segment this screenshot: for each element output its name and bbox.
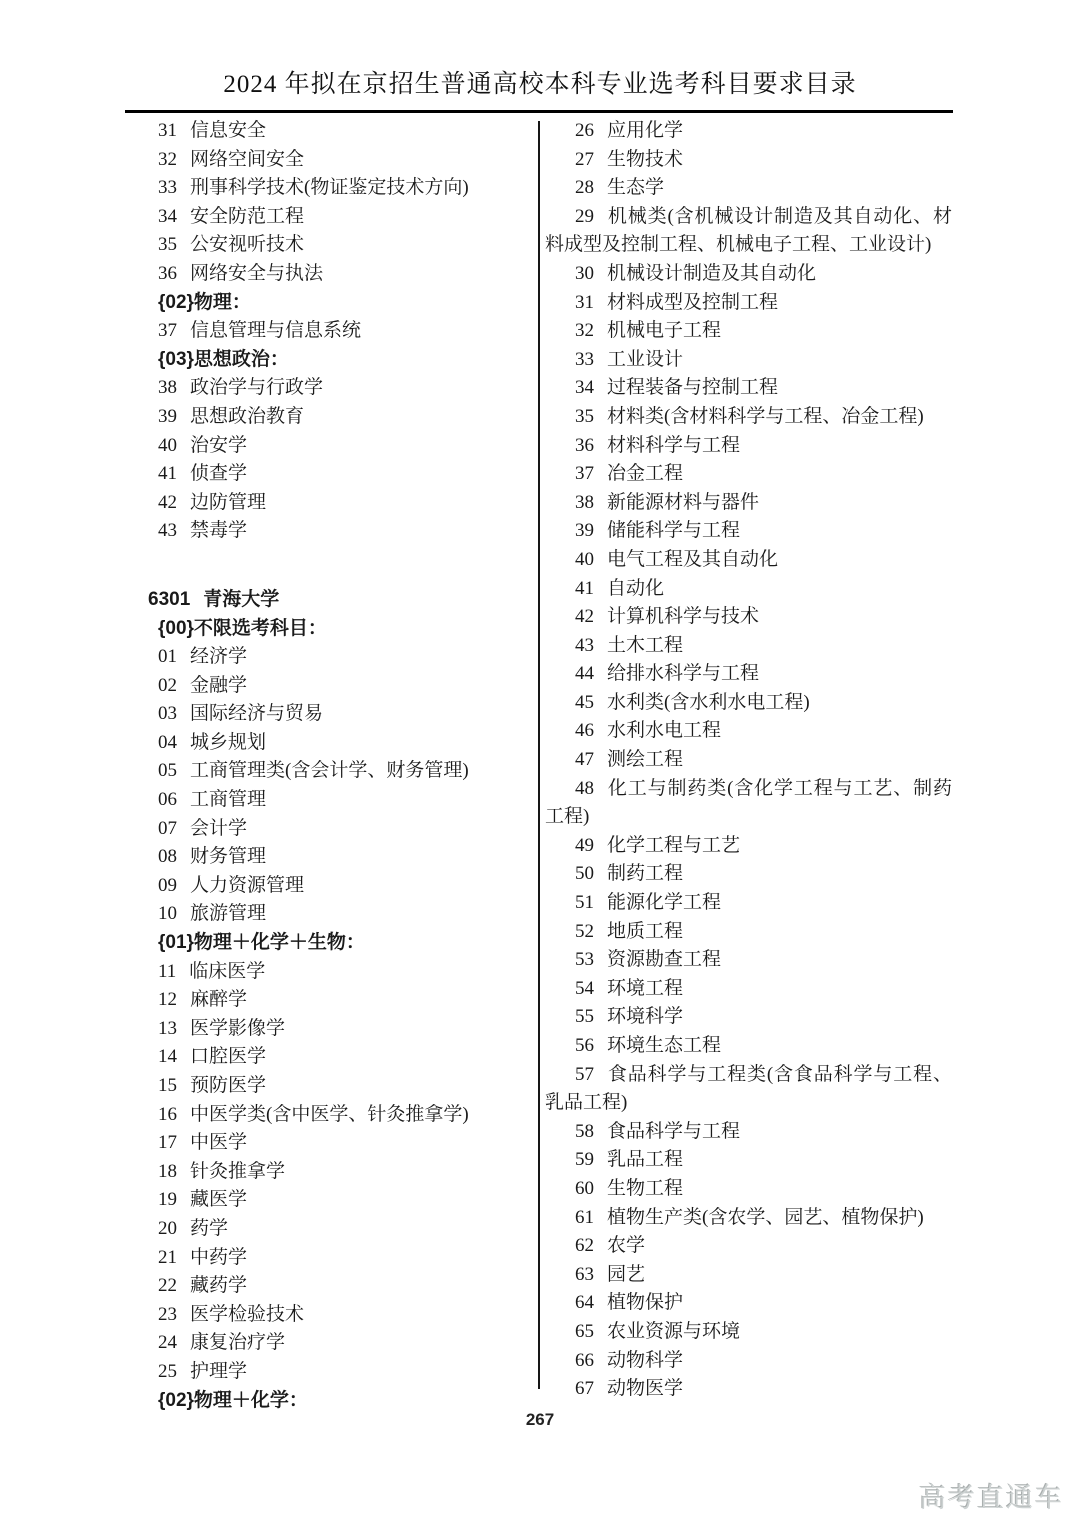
item-name: 过程装备与控制工程 bbox=[607, 377, 778, 398]
item-name: 临床医学 bbox=[189, 961, 265, 982]
list-item: 05工商管理类(含会计学、财务管理) bbox=[128, 757, 538, 786]
section-header: {03}思想政治： bbox=[128, 346, 538, 375]
list-item: 52地质工程 bbox=[545, 918, 952, 947]
item-name: 植物保护 bbox=[607, 1292, 683, 1313]
list-item: 20药学 bbox=[128, 1215, 538, 1244]
item-number: 48 bbox=[575, 778, 594, 799]
item-name: 化工与制药类(含化学工程与工艺、制药工程) bbox=[545, 778, 952, 828]
list-item: 48化工与制药类(含化学工程与工艺、制药工程) bbox=[545, 775, 952, 832]
list-item: 13医学影像学 bbox=[128, 1015, 538, 1044]
item-number: 31 bbox=[575, 292, 594, 313]
list-item: 56环境生态工程 bbox=[545, 1032, 952, 1061]
item-number: 39 bbox=[575, 520, 594, 541]
item-number: 11 bbox=[158, 961, 176, 982]
list-item: 65农业资源与环境 bbox=[545, 1318, 952, 1347]
item-number: 36 bbox=[575, 435, 594, 456]
item-name: 禁毒学 bbox=[190, 520, 247, 541]
list-item: 22藏药学 bbox=[128, 1272, 538, 1301]
item-number: 27 bbox=[575, 149, 594, 170]
list-item: 35材料类(含材料科学与工程、冶金工程) bbox=[545, 403, 952, 432]
item-number: 58 bbox=[575, 1121, 594, 1142]
list-item: 33刑事科学技术(物证鉴定技术方向) bbox=[128, 174, 538, 203]
item-number: 06 bbox=[158, 789, 177, 810]
item-name: 侦查学 bbox=[190, 463, 247, 484]
item-name: 工商管理类(含会计学、财务管理) bbox=[190, 760, 469, 781]
item-name: 治安学 bbox=[190, 435, 247, 456]
item-number: 32 bbox=[575, 320, 594, 341]
item-name: 资源勘查工程 bbox=[607, 949, 721, 970]
list-item: 12麻醉学 bbox=[128, 986, 538, 1015]
item-name: 农业资源与环境 bbox=[607, 1321, 740, 1342]
list-item: 66动物科学 bbox=[545, 1347, 952, 1376]
item-name: 工业设计 bbox=[607, 349, 683, 370]
item-number: 41 bbox=[158, 463, 177, 484]
list-item: 34安全防范工程 bbox=[128, 203, 538, 232]
list-item: 67动物医学 bbox=[545, 1375, 952, 1404]
item-name: 测绘工程 bbox=[607, 749, 683, 770]
item-number: 23 bbox=[158, 1304, 177, 1325]
item-number: 24 bbox=[158, 1332, 177, 1353]
item-number: 31 bbox=[158, 120, 177, 141]
item-name: 经济学 bbox=[190, 646, 247, 667]
item-number: 10 bbox=[158, 903, 177, 924]
item-name: 新能源材料与器件 bbox=[607, 492, 759, 513]
item-number: 62 bbox=[575, 1235, 594, 1256]
item-number: 40 bbox=[575, 549, 594, 570]
list-item: 32机械电子工程 bbox=[545, 317, 952, 346]
list-item: 28生态学 bbox=[545, 174, 952, 203]
list-item: 30机械设计制造及其自动化 bbox=[545, 260, 952, 289]
list-item: 40电气工程及其自动化 bbox=[545, 546, 952, 575]
list-item: 21中药学 bbox=[128, 1244, 538, 1273]
item-number: 41 bbox=[575, 578, 594, 599]
item-number: 46 bbox=[575, 720, 594, 741]
item-name: 地质工程 bbox=[607, 921, 683, 942]
item-name: 自动化 bbox=[607, 578, 664, 599]
item-name: 植物生产类(含农学、园艺、植物保护) bbox=[607, 1207, 924, 1228]
item-name: 财务管理 bbox=[190, 846, 266, 867]
item-name: 给排水科学与工程 bbox=[607, 663, 759, 684]
list-item: 17中医学 bbox=[128, 1129, 538, 1158]
item-number: 30 bbox=[575, 263, 594, 284]
list-item: 41侦查学 bbox=[128, 460, 538, 489]
item-number: 12 bbox=[158, 989, 177, 1010]
list-item: 63园艺 bbox=[545, 1261, 952, 1290]
item-number: 60 bbox=[575, 1178, 594, 1199]
page-title: 2024 年拟在京招生普通高校本科专业选考科目要求目录 bbox=[0, 0, 1080, 102]
item-name: 生物技术 bbox=[607, 149, 683, 170]
item-number: 42 bbox=[575, 606, 594, 627]
list-item: 58食品科学与工程 bbox=[545, 1118, 952, 1147]
item-name: 材料类(含材料科学与工程、冶金工程) bbox=[607, 406, 924, 427]
item-number: 34 bbox=[575, 377, 594, 398]
item-number: 64 bbox=[575, 1292, 594, 1313]
list-item: 27生物技术 bbox=[545, 146, 952, 175]
section-header: {02}物理： bbox=[128, 289, 538, 318]
item-name: 材料科学与工程 bbox=[607, 435, 740, 456]
university-header: 6301青海大学 bbox=[128, 586, 538, 615]
list-item: 23医学检验技术 bbox=[128, 1301, 538, 1330]
list-item: 15预防医学 bbox=[128, 1072, 538, 1101]
item-name: 药学 bbox=[190, 1218, 228, 1239]
item-number: 28 bbox=[575, 177, 594, 198]
item-number: 63 bbox=[575, 1264, 594, 1285]
item-number: 66 bbox=[575, 1350, 594, 1371]
item-number: 61 bbox=[575, 1207, 594, 1228]
list-item: 10旅游管理 bbox=[128, 900, 538, 929]
item-name: 环境生态工程 bbox=[607, 1035, 721, 1056]
item-number: 26 bbox=[575, 120, 594, 141]
list-item: 64植物保护 bbox=[545, 1289, 952, 1318]
item-name: 边防管理 bbox=[190, 492, 266, 513]
item-name: 口腔医学 bbox=[190, 1046, 266, 1067]
item-name: 信息安全 bbox=[190, 120, 266, 141]
list-item: 39思想政治教育 bbox=[128, 403, 538, 432]
list-item: 06工商管理 bbox=[128, 786, 538, 815]
item-name: 藏药学 bbox=[190, 1275, 247, 1296]
item-number: 25 bbox=[158, 1361, 177, 1382]
item-name: 园艺 bbox=[607, 1264, 645, 1285]
item-number: 57 bbox=[575, 1064, 594, 1085]
item-name: 政治学与行政学 bbox=[190, 377, 323, 398]
item-number: 34 bbox=[158, 206, 177, 227]
item-number: 09 bbox=[158, 875, 177, 896]
item-name: 预防医学 bbox=[190, 1075, 266, 1096]
list-item: 38政治学与行政学 bbox=[128, 374, 538, 403]
item-name: 环境科学 bbox=[607, 1006, 683, 1027]
list-item: 24康复治疗学 bbox=[128, 1329, 538, 1358]
item-number: 13 bbox=[158, 1018, 177, 1039]
item-name: 应用化学 bbox=[607, 120, 683, 141]
list-item: 33工业设计 bbox=[545, 346, 952, 375]
list-item: 61植物生产类(含农学、园艺、植物保护) bbox=[545, 1204, 952, 1233]
item-number: 42 bbox=[158, 492, 177, 513]
list-item: 46水利水电工程 bbox=[545, 717, 952, 746]
item-name: 人力资源管理 bbox=[190, 875, 304, 896]
list-item: 37信息管理与信息系统 bbox=[128, 317, 538, 346]
item-number: 05 bbox=[158, 760, 177, 781]
item-name: 制药工程 bbox=[607, 863, 683, 884]
item-name: 工商管理 bbox=[190, 789, 266, 810]
item-number: 18 bbox=[158, 1161, 177, 1182]
item-name: 藏医学 bbox=[190, 1189, 247, 1210]
item-number: 53 bbox=[575, 949, 594, 970]
list-item: 09人力资源管理 bbox=[128, 872, 538, 901]
list-item: 07会计学 bbox=[128, 815, 538, 844]
item-name: 土木工程 bbox=[607, 635, 683, 656]
item-number: 51 bbox=[575, 892, 594, 913]
item-number: 45 bbox=[575, 692, 594, 713]
item-number: 44 bbox=[575, 663, 594, 684]
item-name: 水利水电工程 bbox=[607, 720, 721, 741]
item-number: 36 bbox=[158, 263, 177, 284]
item-number: 33 bbox=[575, 349, 594, 370]
item-name: 电气工程及其自动化 bbox=[607, 549, 778, 570]
item-number: 65 bbox=[575, 1321, 594, 1342]
item-name: 冶金工程 bbox=[607, 463, 683, 484]
item-name: 青海大学 bbox=[203, 589, 279, 610]
list-item: 31信息安全 bbox=[128, 117, 538, 146]
item-name: 食品科学与工程类(含食品科学与工程、乳品工程) bbox=[545, 1064, 952, 1114]
list-item: 53资源勘查工程 bbox=[545, 946, 952, 975]
list-item: 47测绘工程 bbox=[545, 746, 952, 775]
item-name: 材料成型及控制工程 bbox=[607, 292, 778, 313]
item-number: 14 bbox=[158, 1046, 177, 1067]
item-number: 43 bbox=[575, 635, 594, 656]
item-number: 02 bbox=[158, 675, 177, 696]
item-name: 储能科学与工程 bbox=[607, 520, 740, 541]
item-number: 56 bbox=[575, 1035, 594, 1056]
item-name: 国际经济与贸易 bbox=[190, 703, 323, 724]
item-name: 中药学 bbox=[190, 1247, 247, 1268]
item-name: 中医学类(含中医学、针灸推拿学) bbox=[190, 1104, 469, 1125]
list-item: 31材料成型及控制工程 bbox=[545, 289, 952, 318]
list-item: 25护理学 bbox=[128, 1358, 538, 1387]
item-number: 16 bbox=[158, 1104, 177, 1125]
item-number: 17 bbox=[158, 1132, 177, 1153]
list-item: 42计算机科学与技术 bbox=[545, 603, 952, 632]
item-number: 04 bbox=[158, 732, 177, 753]
list-item: 35公安视听技术 bbox=[128, 231, 538, 260]
list-item: 42边防管理 bbox=[128, 489, 538, 518]
item-name: 麻醉学 bbox=[190, 989, 247, 1010]
list-item: 01经济学 bbox=[128, 643, 538, 672]
item-name: 计算机科学与技术 bbox=[607, 606, 759, 627]
item-number: 37 bbox=[575, 463, 594, 484]
item-number: 43 bbox=[158, 520, 177, 541]
item-name: 水利类(含水利水电工程) bbox=[607, 692, 810, 713]
item-number: 39 bbox=[158, 406, 177, 427]
list-item: 38新能源材料与器件 bbox=[545, 489, 952, 518]
item-number: 50 bbox=[575, 863, 594, 884]
list-item: 29机械类(含机械设计制造及其自动化、材料成型及控制工程、机械电子工程、工业设计… bbox=[545, 203, 952, 260]
header-rule bbox=[125, 110, 953, 113]
list-item: 44给排水科学与工程 bbox=[545, 660, 952, 689]
item-number: 22 bbox=[158, 1275, 177, 1296]
item-number: 01 bbox=[158, 646, 177, 667]
item-number: 49 bbox=[575, 835, 594, 856]
item-name: 医学检验技术 bbox=[190, 1304, 304, 1325]
item-number: 67 bbox=[575, 1378, 594, 1399]
list-item: 49化学工程与工艺 bbox=[545, 832, 952, 861]
page-number: 267 bbox=[0, 1410, 1080, 1430]
section-header: {00}不限选考科目： bbox=[128, 615, 538, 644]
item-name: 生态学 bbox=[607, 177, 664, 198]
item-number: 40 bbox=[158, 435, 177, 456]
column-right: 26应用化学27生物技术28生态学29机械类(含机械设计制造及其自动化、材料成型… bbox=[540, 117, 952, 1404]
item-name: 网络空间安全 bbox=[190, 149, 304, 170]
list-item: 19藏医学 bbox=[128, 1186, 538, 1215]
list-item: 32网络空间安全 bbox=[128, 146, 538, 175]
item-number: 07 bbox=[158, 818, 177, 839]
item-name: 会计学 bbox=[190, 818, 247, 839]
item-number: 38 bbox=[575, 492, 594, 513]
item-name: 能源化学工程 bbox=[607, 892, 721, 913]
list-item: 03国际经济与贸易 bbox=[128, 700, 538, 729]
list-item: 60生物工程 bbox=[545, 1175, 952, 1204]
list-item: 45水利类(含水利水电工程) bbox=[545, 689, 952, 718]
list-item: 36材料科学与工程 bbox=[545, 432, 952, 461]
item-name: 动物科学 bbox=[607, 1350, 683, 1371]
list-item: 18针灸推拿学 bbox=[128, 1158, 538, 1187]
list-item: 16中医学类(含中医学、针灸推拿学) bbox=[128, 1101, 538, 1130]
item-name: 城乡规划 bbox=[190, 732, 266, 753]
item-number: 47 bbox=[575, 749, 594, 770]
item-number: 55 bbox=[575, 1006, 594, 1027]
list-item: 14口腔医学 bbox=[128, 1043, 538, 1072]
item-name: 针灸推拿学 bbox=[190, 1161, 285, 1182]
list-item: 26应用化学 bbox=[545, 117, 952, 146]
item-number: 20 bbox=[158, 1218, 177, 1239]
list-item: 54环境工程 bbox=[545, 975, 952, 1004]
item-number: 38 bbox=[158, 377, 177, 398]
item-number: 35 bbox=[158, 234, 177, 255]
list-item: 08财务管理 bbox=[128, 843, 538, 872]
item-number: 21 bbox=[158, 1247, 177, 1268]
list-item: 57食品科学与工程类(含食品科学与工程、乳品工程) bbox=[545, 1061, 952, 1118]
section-header: {01}物理＋化学＋生物： bbox=[128, 929, 538, 958]
item-name: 康复治疗学 bbox=[190, 1332, 285, 1353]
item-name: 动物医学 bbox=[607, 1378, 683, 1399]
item-name: 信息管理与信息系统 bbox=[190, 320, 361, 341]
item-name: 机械电子工程 bbox=[607, 320, 721, 341]
column-left: 31信息安全32网络空间安全33刑事科学技术(物证鉴定技术方向)34安全防范工程… bbox=[128, 117, 538, 1415]
item-name: 生物工程 bbox=[607, 1178, 683, 1199]
list-item: 37冶金工程 bbox=[545, 460, 952, 489]
item-number: 08 bbox=[158, 846, 177, 867]
list-item: 39储能科学与工程 bbox=[545, 517, 952, 546]
list-item: 11临床医学 bbox=[128, 958, 538, 987]
item-number: 33 bbox=[158, 177, 177, 198]
item-name: 环境工程 bbox=[607, 978, 683, 999]
list-item: 51能源化学工程 bbox=[545, 889, 952, 918]
item-number: 6301 bbox=[148, 589, 190, 610]
item-number: 35 bbox=[575, 406, 594, 427]
item-name: 刑事科学技术(物证鉴定技术方向) bbox=[190, 177, 469, 198]
list-item: 36网络安全与执法 bbox=[128, 260, 538, 289]
list-item: 34过程装备与控制工程 bbox=[545, 374, 952, 403]
item-name: 旅游管理 bbox=[190, 903, 266, 924]
list-item: 50制药工程 bbox=[545, 860, 952, 889]
list-item: 43禁毒学 bbox=[128, 517, 538, 546]
list-item: 43土木工程 bbox=[545, 632, 952, 661]
list-item: 02金融学 bbox=[128, 672, 538, 701]
item-number: 52 bbox=[575, 921, 594, 942]
item-name: 乳品工程 bbox=[607, 1149, 683, 1170]
item-number: 29 bbox=[575, 206, 594, 227]
item-number: 54 bbox=[575, 978, 594, 999]
item-name: 护理学 bbox=[190, 1361, 247, 1382]
item-name: 思想政治教育 bbox=[190, 406, 304, 427]
item-number: 15 bbox=[158, 1075, 177, 1096]
item-number: 03 bbox=[158, 703, 177, 724]
item-name: 网络安全与执法 bbox=[190, 263, 323, 284]
item-name: 机械设计制造及其自动化 bbox=[607, 263, 816, 284]
list-item: 04城乡规划 bbox=[128, 729, 538, 758]
item-number: 32 bbox=[158, 149, 177, 170]
item-name: 金融学 bbox=[190, 675, 247, 696]
list-item: 62农学 bbox=[545, 1232, 952, 1261]
list-item: 59乳品工程 bbox=[545, 1146, 952, 1175]
item-name: 医学影像学 bbox=[190, 1018, 285, 1039]
list-item: 41自动化 bbox=[545, 575, 952, 604]
item-number: 19 bbox=[158, 1189, 177, 1210]
item-number: 37 bbox=[158, 320, 177, 341]
item-name: 食品科学与工程 bbox=[607, 1121, 740, 1142]
item-name: 公安视听技术 bbox=[190, 234, 304, 255]
list-item: 55环境科学 bbox=[545, 1003, 952, 1032]
two-column-content: 31信息安全32网络空间安全33刑事科学技术(物证鉴定技术方向)34安全防范工程… bbox=[128, 117, 952, 1415]
item-name: 安全防范工程 bbox=[190, 206, 304, 227]
item-name: 中医学 bbox=[190, 1132, 247, 1153]
item-name: 机械类(含机械设计制造及其自动化、材料成型及控制工程、机械电子工程、工业设计) bbox=[545, 206, 952, 256]
item-name: 化学工程与工艺 bbox=[607, 835, 740, 856]
column-gap bbox=[128, 546, 538, 586]
item-name: 农学 bbox=[607, 1235, 645, 1256]
list-item: 40治安学 bbox=[128, 432, 538, 461]
watermark: 高考直通车 bbox=[919, 1476, 1064, 1515]
item-number: 59 bbox=[575, 1149, 594, 1170]
